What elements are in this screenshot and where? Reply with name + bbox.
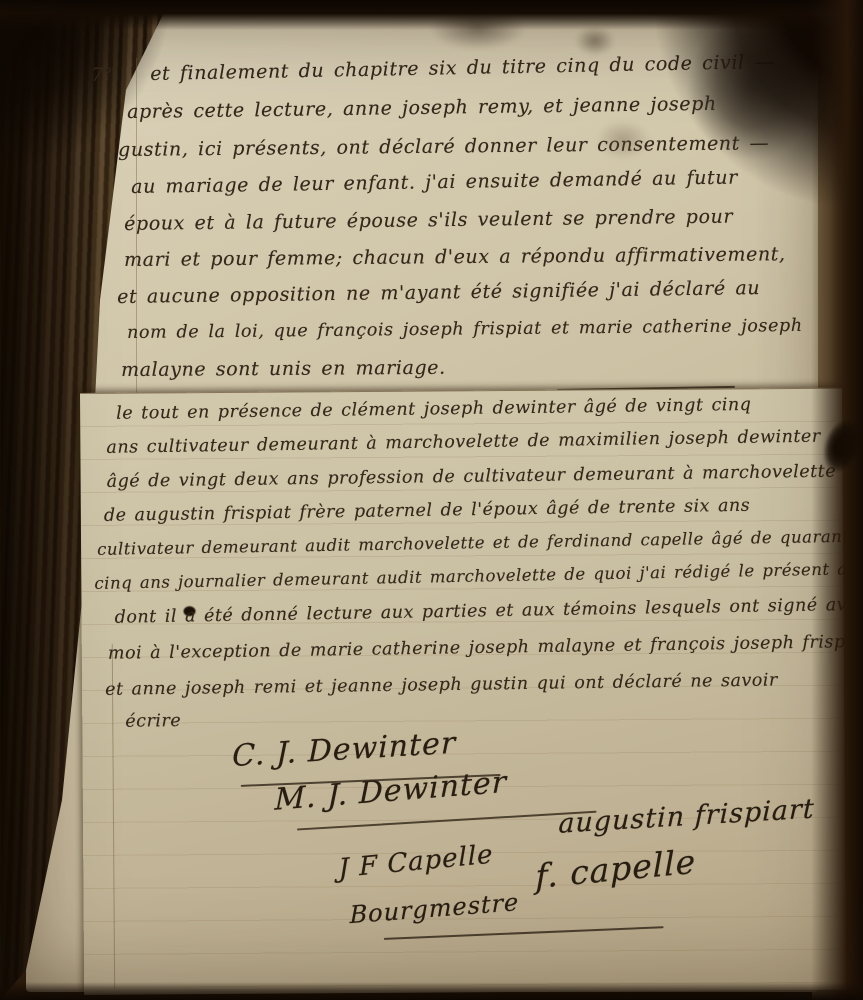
margin-article-number: 7° <box>91 64 113 86</box>
manuscript-line: écrire <box>125 711 181 732</box>
photo-edge-right <box>811 0 863 1000</box>
inserted-sheet: le tout en présence de clément joseph de… <box>80 388 846 995</box>
photographed-register-page: 7° et finalement du chapitre six du titr… <box>0 0 863 1000</box>
manuscript-line: malayne sont unis en mariage. <box>121 357 446 381</box>
paper-stain <box>575 26 615 56</box>
photo-edge-bottom <box>0 982 863 1000</box>
photo-edge-top <box>0 0 863 30</box>
